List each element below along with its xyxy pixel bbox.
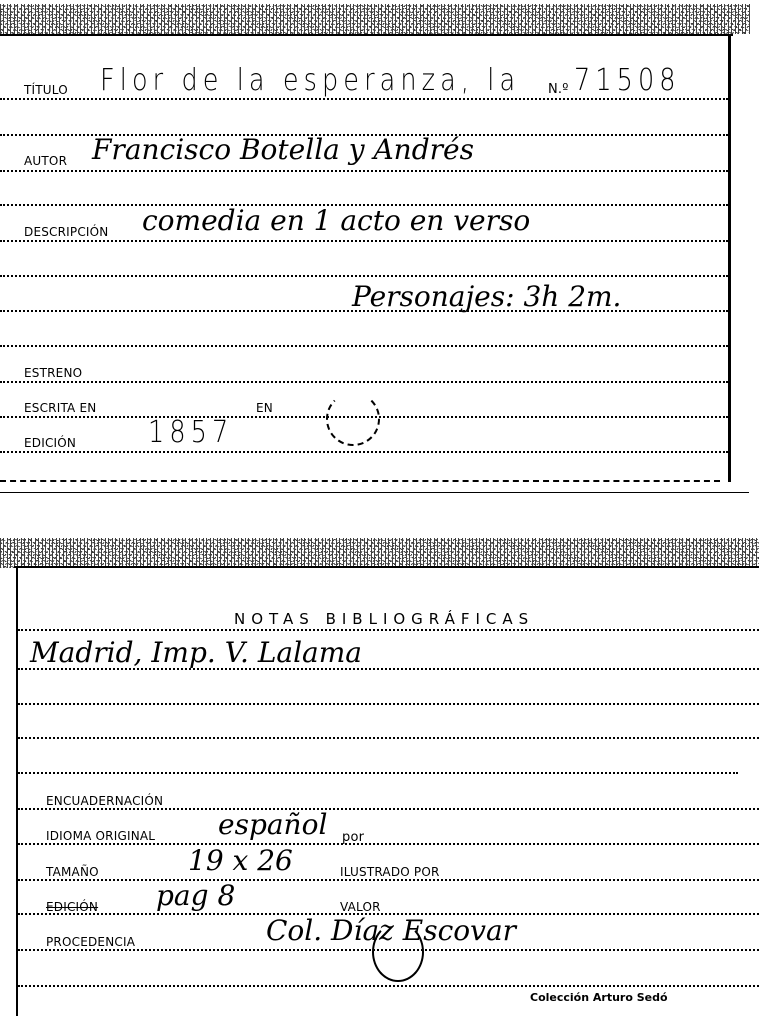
ruled-line [0, 345, 728, 347]
descripcion-value: comedia en 1 acto en verso [142, 206, 530, 236]
titulo-value: Flor de la esperanza, la [100, 66, 520, 96]
ruled-line [18, 737, 759, 739]
card-top-edge [14, 566, 759, 568]
autor-label: AUTOR [24, 153, 67, 169]
escrita-en-label: ESCRITA EN [24, 400, 96, 416]
ruled-line [18, 772, 738, 774]
valor-label: VALOR [340, 899, 381, 915]
edicion-value: pag 8 [156, 881, 235, 911]
numero-value: 71508 [574, 66, 681, 96]
notes-line-1: Madrid, Imp. V. Lalama [30, 638, 362, 668]
procedencia-label: PROCEDENCIA [46, 934, 135, 950]
stamp-mark [372, 922, 424, 982]
tamano-value: 19 x 26 [188, 846, 293, 876]
ruled-line-bottom [0, 480, 720, 482]
autor-value: Francisco Botella y Andrés [92, 135, 474, 165]
ruled-line [18, 985, 759, 987]
ruled-line [0, 451, 728, 453]
ruled-line [18, 703, 759, 705]
ruled-line [0, 98, 728, 100]
card-separator [0, 492, 749, 493]
ruled-line [0, 240, 728, 242]
encuadernacion-label: ENCUADERNACIÓN [46, 793, 163, 809]
idioma-value: español [218, 810, 327, 840]
edicion-label: EDICIÓN [24, 435, 76, 451]
card-right-edge [728, 34, 731, 482]
collection-credit: Colección Arturo Sedó [530, 991, 668, 1004]
scan-noise-top [0, 4, 750, 34]
numero-label: N.º [548, 82, 569, 98]
tamano-label: TAMAÑO [46, 864, 99, 880]
ruled-line [0, 170, 728, 172]
ruled-line [18, 629, 759, 631]
ruled-line [0, 275, 728, 277]
por-label: por [342, 830, 364, 846]
descripcion-label: DESCRIPCIÓN [24, 224, 108, 240]
stamp-mark [326, 392, 380, 446]
en-label: EN [256, 400, 273, 416]
card-top-edge [0, 34, 733, 36]
personajes-value: Personajes: 3h 2m. [352, 282, 621, 312]
titulo-label: TÍTULO [24, 82, 68, 98]
idioma-label: IDIOMA ORIGINAL [46, 828, 155, 844]
ilustrado-label: ILUSTRADO POR [340, 864, 440, 880]
notes-heading: NOTAS BIBLIOGRÁFICAS [234, 610, 534, 628]
estreno-label: ESTRENO [24, 365, 82, 381]
ruled-line [0, 381, 728, 383]
scan-noise-top [0, 538, 759, 568]
edicion-value: 1857 [148, 418, 233, 448]
edicion-label: EDICIÓN [46, 899, 98, 915]
